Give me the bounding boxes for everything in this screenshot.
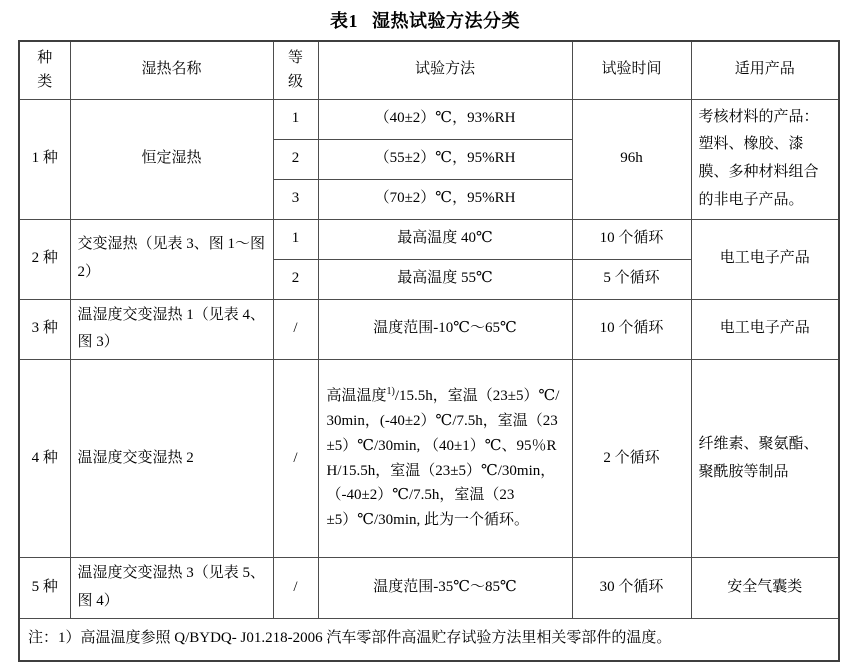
cell-type4-time: 2 个循环 [572,360,691,558]
cell-type3-method: 温度范围-10℃～65℃ [318,299,572,360]
cell-type2-time1: 10 个循环 [572,219,691,259]
cell-type3-product: 电工电子产品 [691,299,839,360]
cell-type2-method2: 最高温度 55℃ [318,259,572,299]
table-footnote: 注：1）高温温度参照 Q/BYDQ- J01.218-2006 汽车零部件高温贮… [19,618,839,661]
header-product: 适用产品 [691,41,839,99]
header-grade: 等 级 [273,41,318,99]
cell-type2-name: 交变湿热（见表 3、图 1～图 2） [70,219,273,299]
cell-type5-category: 5 种 [19,558,70,619]
table-row: 4 种 温湿度交变湿热 2 / 高温温度1)/15.5h，室温（23±5）℃/3… [19,360,839,558]
header-time: 试验时间 [572,41,691,99]
header-category-line1: 种 [27,46,63,70]
method-text-rest: /15.5h，室温（23±5）℃/30min，(-40±2）℃/7.5h，室温（… [327,388,560,528]
cell-type2-time2: 5 个循环 [572,259,691,299]
table-row: 3 种 温湿度交变湿热 1（见表 4、图 3） / 温度范围-10℃～65℃ 1… [19,299,839,360]
cell-type1-grade1: 1 [273,99,318,139]
cell-type1-product: 考核材料的产品：塑料、橡胶、漆膜、多种材料组合的非电子产品。 [691,99,839,219]
cell-type4-product: 纤维素、聚氨酯、聚酰胺等制品 [691,360,839,558]
table-title-text: 湿热试验方法分类 [372,11,520,31]
header-name: 湿热名称 [70,41,273,99]
cell-type4-method: 高温温度1)/15.5h，室温（23±5）℃/30min，(-40±2）℃/7.… [318,360,572,558]
cell-type5-method: 温度范围-35℃～85℃ [318,558,572,619]
header-row: 种 类 湿热名称 等 级 试验方法 试验时间 适用产品 [19,41,839,99]
cell-type3-time: 10 个循环 [572,299,691,360]
cell-type5-name: 温湿度交变湿热 3（见表 5、图 4） [70,558,273,619]
header-category-line2: 类 [27,70,63,94]
cell-type1-method3: （70±2）℃，95%RH [318,179,572,219]
cell-type1-name: 恒定湿热 [70,99,273,219]
table-row: 5 种 温湿度交变湿热 3（见表 5、图 4） / 温度范围-35℃～85℃ 3… [19,558,839,619]
cell-type5-time: 30 个循环 [572,558,691,619]
cell-type2-product: 电工电子产品 [691,219,839,299]
note-row: 注：1）高温温度参照 Q/BYDQ- J01.218-2006 汽车零部件高温贮… [19,618,839,661]
cell-type4-category: 4 种 [19,360,70,558]
table-title: 表1湿热试验方法分类 [0,0,850,33]
cell-type1-method2: （55±2）℃，95%RH [318,139,572,179]
cell-type1-method1: （40±2）℃，93%RH [318,99,572,139]
cell-type2-method1: 最高温度 40℃ [318,219,572,259]
method-text-prefix: 高温温度 [327,388,387,404]
table-row: 1 种 恒定湿热 1 （40±2）℃，93%RH 96h 考核材料的产品：塑料、… [19,99,839,139]
cell-type3-grade: / [273,299,318,360]
cell-type1-time: 96h [572,99,691,219]
header-method: 试验方法 [318,41,572,99]
header-category: 种 类 [19,41,70,99]
cell-type4-name: 温湿度交变湿热 2 [70,360,273,558]
header-grade-line2: 级 [281,70,311,94]
cell-type1-grade2: 2 [273,139,318,179]
cell-type5-product: 安全气囊类 [691,558,839,619]
cell-type4-grade: / [273,360,318,558]
cell-type3-category: 3 种 [19,299,70,360]
header-grade-line1: 等 [281,46,311,70]
document-page: 表1湿热试验方法分类 种 类 湿热名称 等 级 试验方法 试验时间 适用产品 [0,0,850,666]
cell-type2-category: 2 种 [19,219,70,299]
table-number: 表1 [330,11,358,31]
footnote-marker: 1) [387,386,395,397]
cell-type2-grade2: 2 [273,259,318,299]
cell-type1-grade3: 3 [273,179,318,219]
humid-heat-test-table: 种 类 湿热名称 等 级 试验方法 试验时间 适用产品 1 种 恒定湿热 1 （… [18,40,840,662]
cell-type1-category: 1 种 [19,99,70,219]
table-row: 2 种 交变湿热（见表 3、图 1～图 2） 1 最高温度 40℃ 10 个循环… [19,219,839,259]
cell-type2-grade1: 1 [273,219,318,259]
cell-type5-grade: / [273,558,318,619]
cell-type3-name: 温湿度交变湿热 1（见表 4、图 3） [70,299,273,360]
